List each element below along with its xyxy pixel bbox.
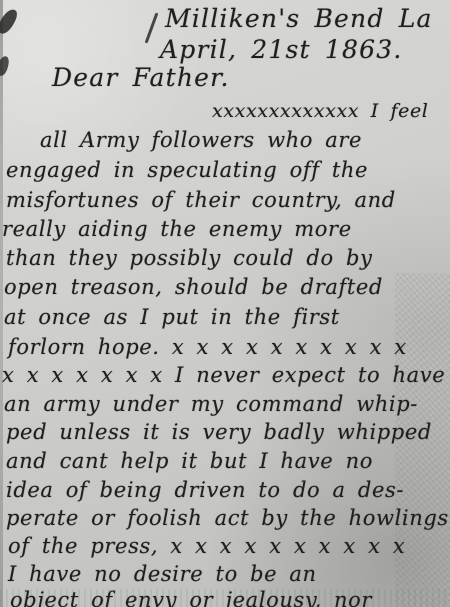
letter-line: idea of being driven to do a des- (6, 478, 404, 502)
letter-line: open treason, should be drafted (4, 275, 383, 299)
letter-line: engaged in speculating off the (6, 158, 368, 182)
photo-left-edge (0, 0, 3, 607)
stray-pen-stroke (145, 12, 159, 43)
letter-page: Milliken's Bend La April, 21st 1863. Dea… (0, 0, 450, 607)
letter-line: really aiding the enemy more (2, 217, 352, 241)
salutation: Dear Father. (52, 63, 230, 92)
letter-line: at once as I put in the first (4, 305, 340, 329)
letter-line: than they possibly could do by (6, 246, 373, 270)
letter-line: misfortunes of their country, and (6, 188, 396, 212)
letter-line: all Army followers who are (40, 128, 362, 152)
letter-line: an army under my command whip- (4, 392, 418, 416)
letter-line: xxxxxxxxxxxxx I feel (212, 100, 428, 122)
letter-line: ped unless it is very badly whipped (6, 420, 432, 444)
letter-line: x x x x x x x I never expect to have (2, 363, 445, 387)
letter-line: forlorn hope. x x x x x x x x x x (8, 335, 407, 359)
letterhead-place: Milliken's Bend La (165, 4, 433, 33)
letter-line: of the press, x x x x x x x x x x (8, 534, 405, 558)
ink-smudge (0, 55, 10, 77)
letter-line: and cant help it but I have no (6, 449, 373, 473)
letterhead-date: April, 21st 1863. (160, 35, 403, 64)
letter-line: perate or foolish act by the howlings (6, 506, 449, 530)
letter-line: object of envy or jealousy, nor (10, 588, 372, 607)
letter-line: I have no desire to be an (8, 562, 317, 586)
